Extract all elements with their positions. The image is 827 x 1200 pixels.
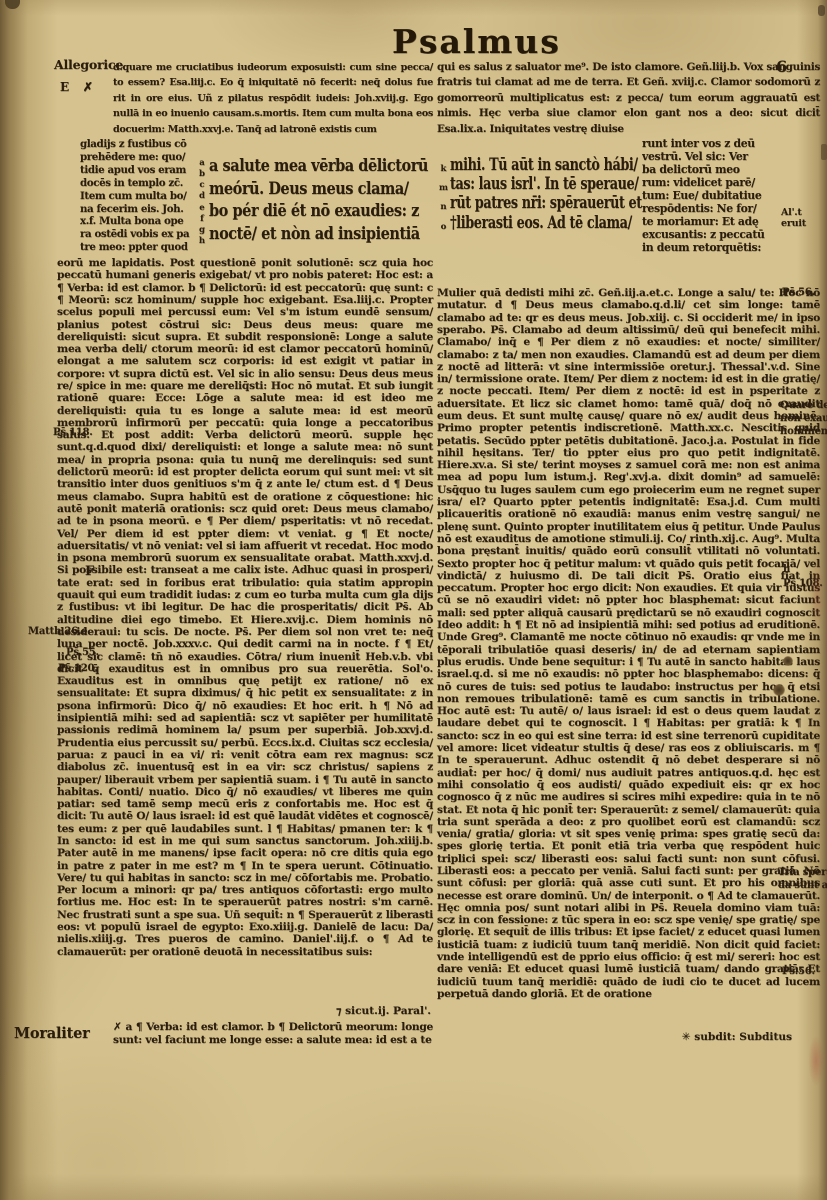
moraliter-gloss: ✗ a ¶ Verba: id est clamor. b ¶ Delictor… [113, 1021, 433, 1046]
right-wrap-text: runt inter vos z deū vestrū. Vel sic: Ve… [642, 137, 820, 254]
left-intro-text: d.quare me cruciatibus iudeorum exposuis… [113, 60, 433, 137]
ink-spot [773, 684, 785, 696]
asterisk-mark-icon: ✳ [682, 1031, 691, 1043]
right-column: qui es salus z saluator me⁹. De isto cla… [437, 60, 820, 1044]
right-intro-text: qui es salus z saluator me⁹. De isto cla… [437, 60, 820, 137]
left-narrow-text: gladijs z fustibus cō prehēdere me: quo/… [80, 138, 198, 255]
red-smudge [808, 1035, 824, 1087]
edge-mark [821, 144, 827, 160]
left-commentary-text: eorū me lapidatis. Post questionē ponit … [57, 257, 433, 1005]
left-verse-gloss-letters: a b c d e f g h [196, 158, 208, 247]
corner-stain [818, 5, 825, 16]
moraliter-mark-icon: ✗ [113, 1021, 122, 1033]
page-title: Psalmus [392, 22, 561, 61]
left-column: d.quare me cruciatibus iudeorum exposuis… [57, 60, 433, 1046]
right-commentary-text: Mulier quā dedisti mihi zc̄. Geñ.iij.a.e… [437, 287, 820, 1031]
right-tail-catchword: ✳ subdit: Subditus [437, 1031, 820, 1044]
red-smudge [810, 555, 824, 635]
right-tail-text: subdit: Subditus [694, 1031, 792, 1043]
manuscript-page: Psalmus 6 Allegorice E ✗ Ps̄.118. F Matt… [0, 0, 827, 1200]
left-psalm-verse: a salute mea vērba dēlictorū meórū. Deus… [209, 155, 433, 245]
left-tail-reference: ⁊ sicut.ij. Paral'. [57, 1005, 433, 1018]
right-verse-gloss-letters: k m n o [438, 160, 449, 237]
ink-spot [783, 656, 793, 666]
corner-stain [5, 0, 20, 9]
right-psalm-verse: mihi. Tū aūt in sanctò hábi/ tas: laus i… [450, 156, 642, 233]
moraliter-gloss-text: a ¶ Verba: id est clamor. b ¶ Delictorū … [113, 1021, 433, 1046]
